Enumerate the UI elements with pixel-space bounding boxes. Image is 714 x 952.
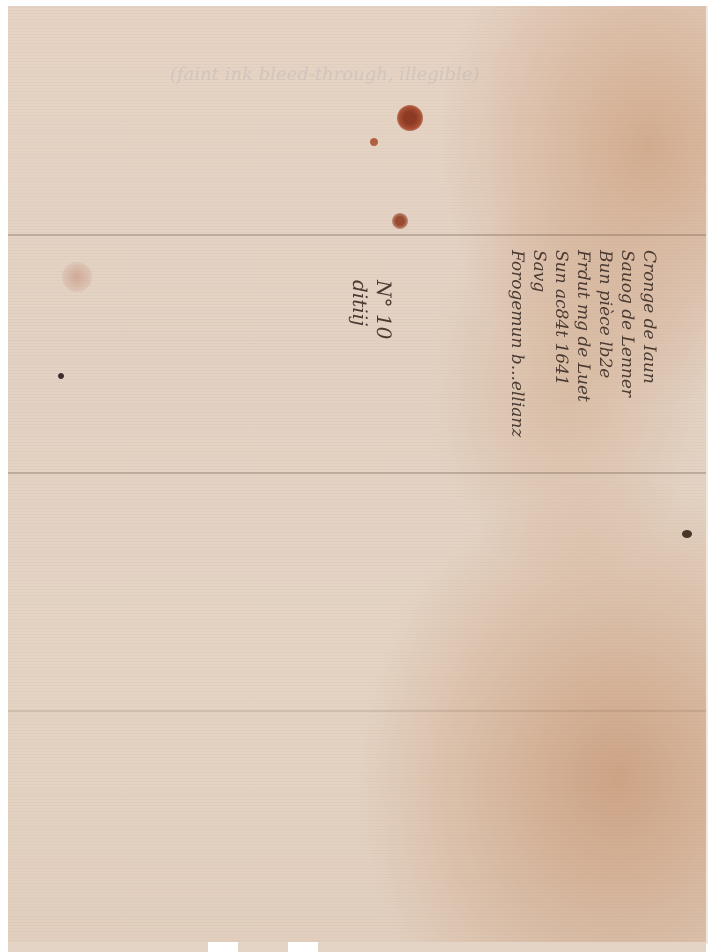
faint-stain-spot [62, 262, 92, 292]
red-stain-spot [370, 138, 378, 146]
note-line: N° 10 [372, 280, 396, 339]
torn-edge [8, 942, 706, 952]
bleedthrough-text: (faint ink bleed-through, illegible) [170, 60, 479, 90]
red-stain-spot [392, 213, 408, 229]
handwritten-note: Cronge de Iaun Sauog de Lenner Bun pièce… [506, 250, 660, 437]
ink-blot [682, 530, 692, 538]
note-line: Cronge de Iaun [638, 250, 660, 437]
archive-number-note: N° 10 ditiij [348, 280, 396, 339]
fold-line [8, 710, 706, 712]
note-line: Bun pièce lb2e [594, 250, 616, 437]
note-line: Forogemun b...ellianz [506, 250, 528, 437]
paper-sheet [8, 6, 708, 944]
ink-dot [58, 373, 64, 379]
note-line: Sun ac84t 1641 [550, 250, 572, 437]
note-line: Frdut mg de Luet [572, 250, 594, 437]
note-line: Savg [528, 250, 550, 437]
red-stain-spot [397, 105, 423, 131]
note-line: Sauog de Lenner [616, 250, 638, 437]
note-line: ditiij [348, 280, 372, 339]
fold-line [8, 234, 706, 236]
fold-line [8, 472, 706, 474]
